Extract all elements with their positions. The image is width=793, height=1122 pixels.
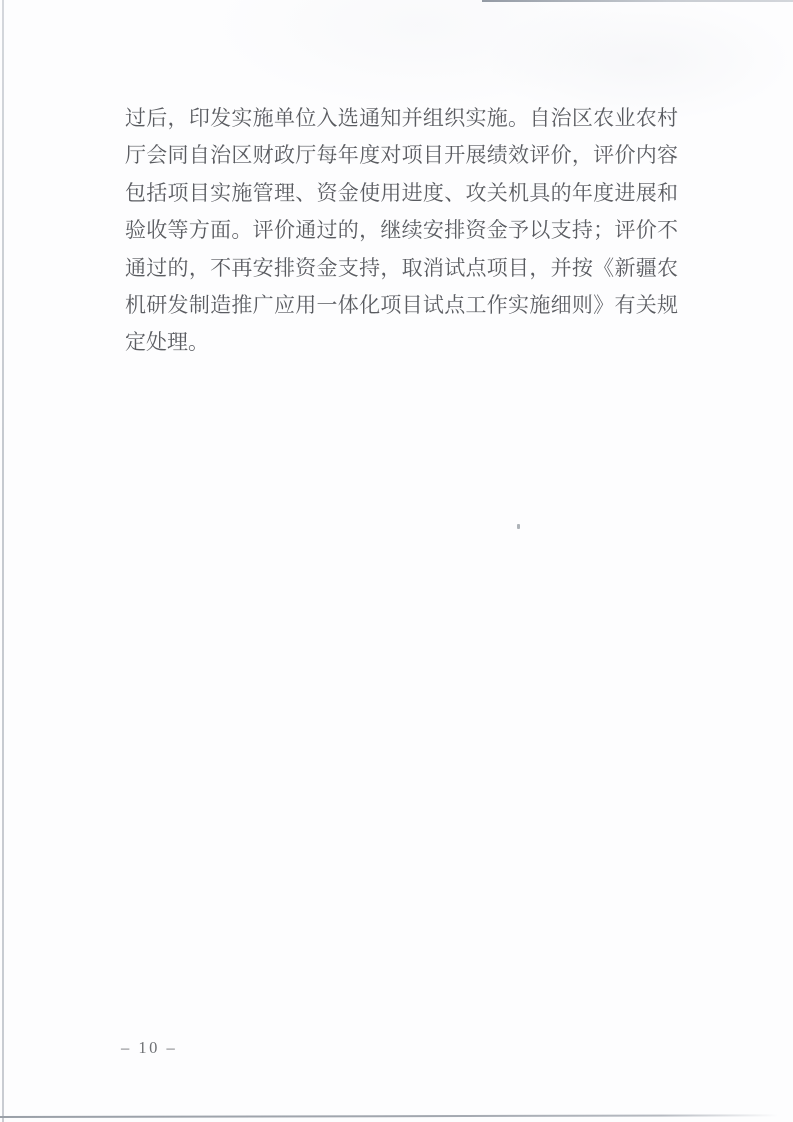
body-text-line: 厅会同自治区财政厅每年度对项目开展绩效评价，评价内容 xyxy=(125,137,678,174)
body-paragraph: 过后，印发实施单位入选通知并组织实施。自治区农业农村 厅会同自治区财政厅每年度对… xyxy=(125,100,678,362)
scan-edge-top xyxy=(482,0,793,2)
scan-speck xyxy=(517,524,520,529)
body-text-line: 机研发制造推广应用一体化项目试点工作实施细则》有关规 xyxy=(125,287,678,324)
body-text-line: 包括项目实施管理、资金使用进度、攻关机具的年度进展和 xyxy=(125,175,678,212)
body-text-line: 通过的，不再安排资金支持，取消试点项目，并按《新疆农 xyxy=(125,250,678,287)
scan-edge-bottom xyxy=(0,1114,778,1118)
body-text-line: 定处理。 xyxy=(125,324,678,361)
scan-edge-left xyxy=(2,0,4,1122)
body-text-line: 过后，印发实施单位入选通知并组织实施。自治区农业农村 xyxy=(125,100,678,137)
page-number: – 10 – xyxy=(121,1038,177,1058)
document-page: 过后，印发实施单位入选通知并组织实施。自治区农业农村 厅会同自治区财政厅每年度对… xyxy=(0,0,793,1122)
body-text-line: 验收等方面。评价通过的，继续安排资金予以支持；评价不 xyxy=(125,212,678,249)
